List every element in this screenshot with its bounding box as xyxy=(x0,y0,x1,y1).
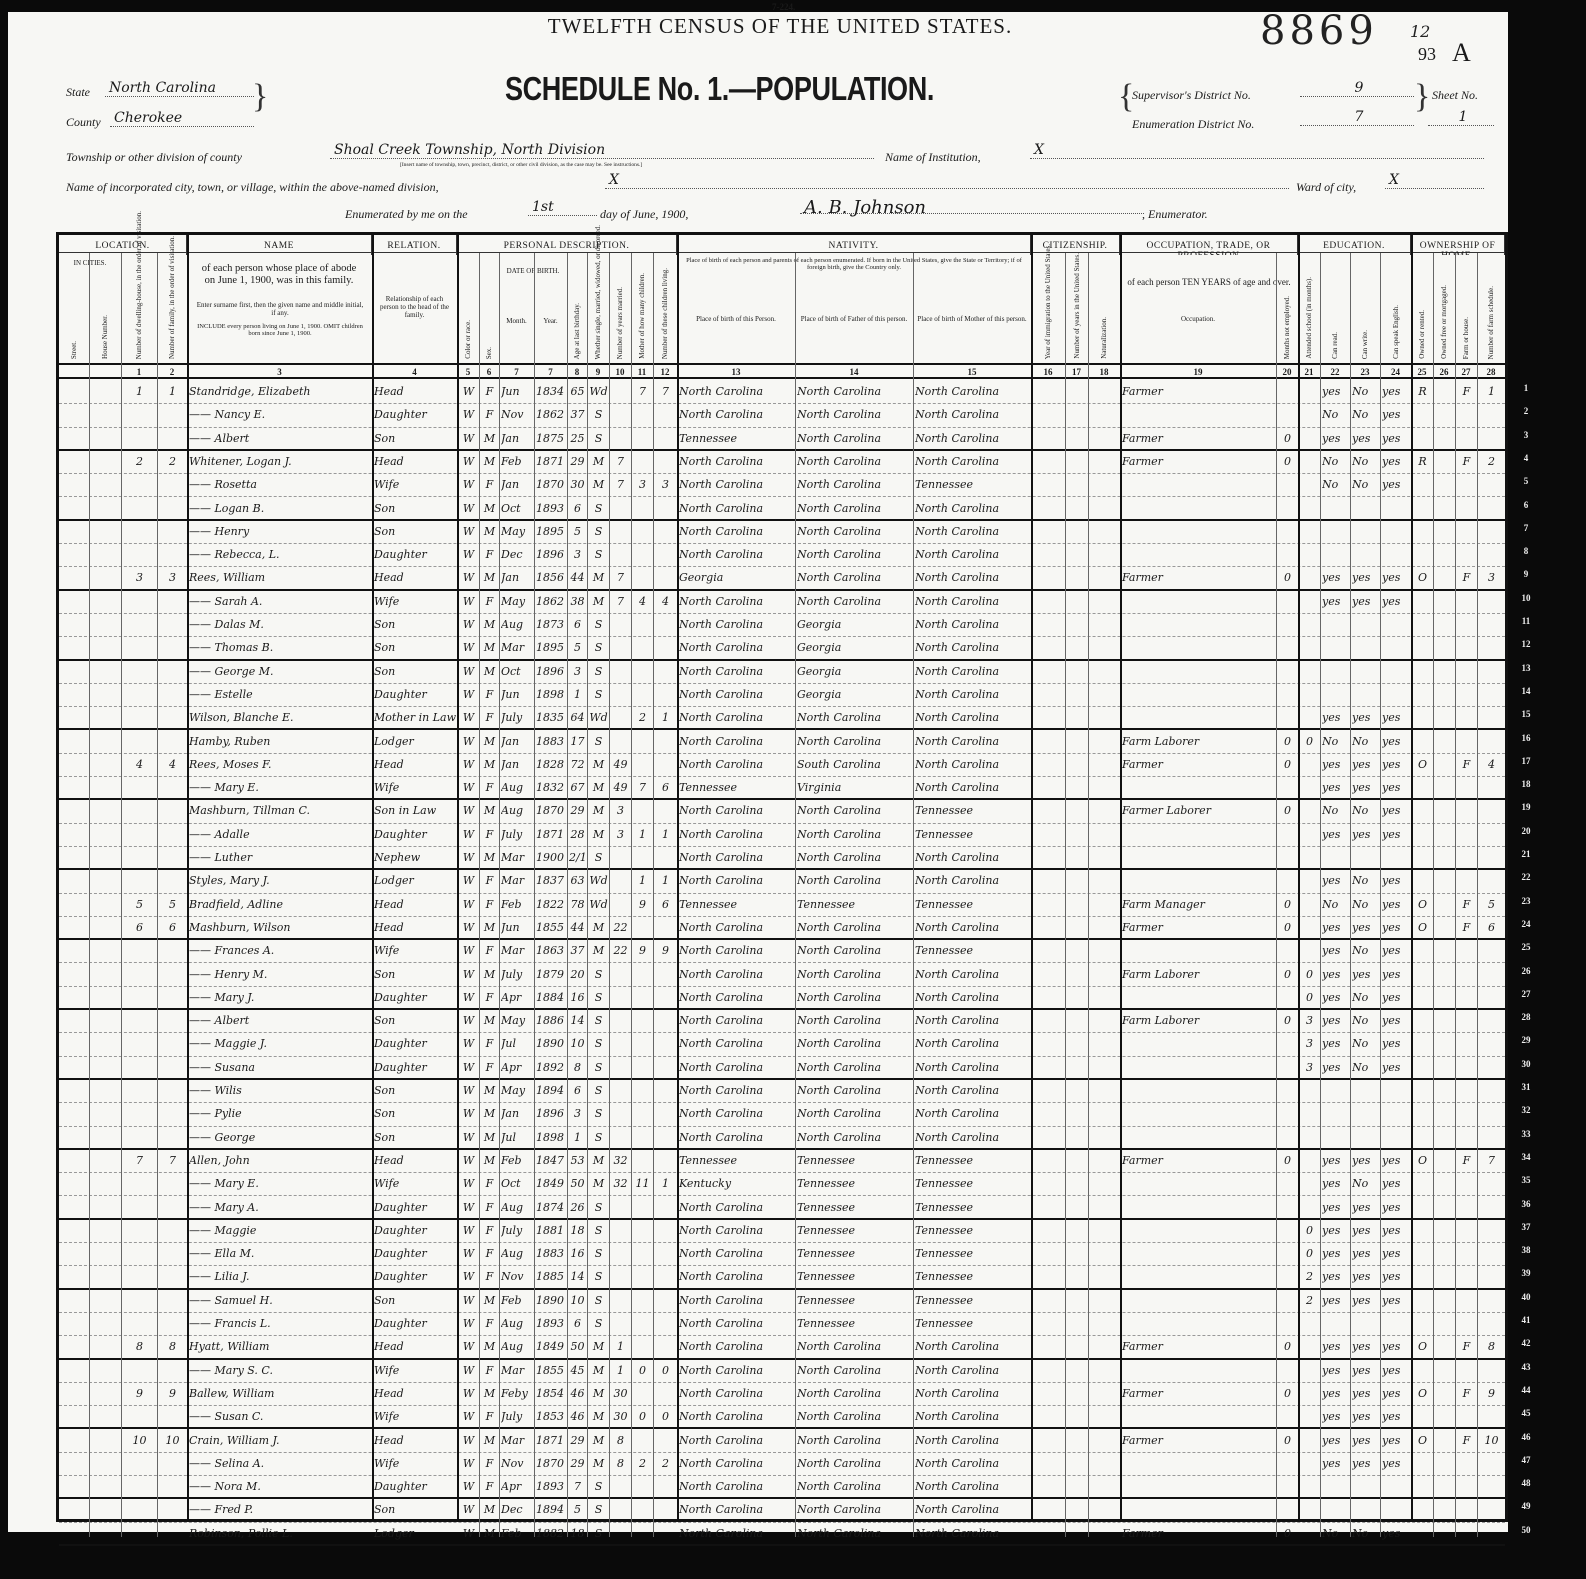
cell-bp: North Carolina xyxy=(679,406,794,424)
table-row[interactable]: —— Mary E.WifeWFAug183267M4976TennesseeV… xyxy=(59,777,1505,800)
cell-name: —— Maggie J. xyxy=(189,1035,371,1053)
cell-write: No xyxy=(1352,942,1379,960)
cell-fbp: North Carolina xyxy=(797,1129,912,1147)
table-row[interactable]: —— Dalas M.SonWMAug18736SNorth CarolinaG… xyxy=(59,614,1505,637)
cell-sex: F xyxy=(481,1175,498,1193)
cell-bp: North Carolina xyxy=(679,1268,794,1286)
line-number: 30 xyxy=(1516,1059,1536,1069)
cell-read: yes xyxy=(1322,1222,1349,1240)
cell-month: Jun xyxy=(501,919,533,937)
cell-read: yes xyxy=(1322,1432,1349,1450)
cell-read: yes xyxy=(1322,1245,1349,1263)
table-row[interactable]: 88Hyatt, WilliamHeadWMAug184950M1North C… xyxy=(59,1336,1505,1359)
cell-cl: 9 xyxy=(655,942,676,960)
cell-bp: North Carolina xyxy=(679,1292,794,1310)
table-row[interactable]: —— EstelleDaughterWFJun18981SNorth Carol… xyxy=(59,684,1505,707)
cell-month: May xyxy=(501,1082,533,1100)
cell-age: 37 xyxy=(569,942,586,960)
cell-bp: Tennessee xyxy=(679,1152,794,1170)
cell-mar: S xyxy=(589,1315,608,1333)
table-row[interactable]: —— AdalleDaughterWFJuly187128M311North C… xyxy=(59,824,1505,847)
table-row[interactable]: —— Frances A.WifeWFMar186337M2299North C… xyxy=(59,940,1505,963)
line-number: 47 xyxy=(1516,1455,1536,1465)
cell-mar: S xyxy=(589,1105,608,1123)
cell-name: —— Ella M. xyxy=(189,1245,371,1263)
cell-mar: S xyxy=(589,430,608,448)
cell-month: Oct xyxy=(501,1175,533,1193)
cell-age: 6 xyxy=(569,616,586,634)
cell-sex: M xyxy=(481,569,498,587)
column-number: 19 xyxy=(1120,363,1276,379)
state-field[interactable]: North Carolina xyxy=(105,80,254,97)
table-row[interactable]: —— Selina A.WifeWFNov187029M822North Car… xyxy=(59,1453,1505,1476)
table-row[interactable]: —— LutherNephewWMMar19002/12SNorth Carol… xyxy=(59,847,1505,870)
cell-bp: North Carolina xyxy=(679,1035,794,1053)
cell-mbp: Tennessee xyxy=(915,896,1030,914)
cell-name: —— Susan C. xyxy=(189,1408,371,1426)
cell-year: 1875 xyxy=(536,430,566,448)
cell-rel: Daughter xyxy=(374,1315,456,1333)
cell-year: 1849 xyxy=(536,1175,566,1193)
column-number: 10 xyxy=(609,363,631,379)
cell-mar: S xyxy=(589,989,608,1007)
table-row[interactable]: 22Whitener, Logan J.HeadWMFeb187129M7Nor… xyxy=(59,451,1505,474)
cell-eng: yes xyxy=(1382,942,1410,960)
table-row[interactable]: 44Rees, Moses F.HeadWMJan182872M49North … xyxy=(59,754,1505,777)
table-row[interactable]: 33Rees, WilliamHeadWMJan185644M7GeorgiaN… xyxy=(59,567,1505,590)
cell-read: yes xyxy=(1322,1035,1349,1053)
cell-color: W xyxy=(459,966,478,984)
table-row[interactable]: —— Sarah A.WifeWFMay186238M744North Caro… xyxy=(59,591,1505,614)
cell-mne: 0 xyxy=(1278,1338,1297,1356)
cell-mc: 0 xyxy=(633,1362,652,1380)
table-row[interactable]: —— Mary E.WifeWFOct184950M32111KentuckyT… xyxy=(59,1173,1505,1196)
line-number: 8 xyxy=(1516,546,1536,556)
cell-sex: F xyxy=(481,989,498,1007)
cell-rel: Daughter xyxy=(374,1478,456,1496)
cell-color: W xyxy=(459,1222,478,1240)
cell-eng: yes xyxy=(1382,430,1410,448)
cell-color: W xyxy=(459,779,478,797)
sheet-field[interactable]: 1 xyxy=(1428,109,1494,126)
cell-mar: S xyxy=(589,1059,608,1077)
cell-bp: North Carolina xyxy=(679,733,794,751)
cell-month: Jun xyxy=(501,686,533,704)
cell-mbp: North Carolina xyxy=(915,1035,1030,1053)
cell-write: yes xyxy=(1352,1432,1379,1450)
cell-rel: Head xyxy=(374,383,456,401)
table-row[interactable]: Hamby, RubenLodgerWMJan188317SNorth Caro… xyxy=(59,731,1505,754)
cell-eng: yes xyxy=(1382,1268,1410,1286)
city-field[interactable]: X xyxy=(605,172,1289,189)
cell-fbp: Georgia xyxy=(797,639,912,657)
stamp-number: 8869 xyxy=(1260,8,1378,54)
cell-year: 1874 xyxy=(536,1199,566,1217)
cell-fam: 9 xyxy=(159,1385,186,1403)
cell-read: yes xyxy=(1322,919,1349,937)
cell-mbp: North Carolina xyxy=(915,500,1030,518)
cell-mbp: Tennessee xyxy=(915,1152,1030,1170)
cell-name: Rees, Moses F. xyxy=(189,756,371,774)
cell-year: 1884 xyxy=(536,989,566,1007)
cell-color: W xyxy=(459,1362,478,1380)
cell-bp: North Carolina xyxy=(679,1338,794,1356)
cell-eng: yes xyxy=(1382,1432,1410,1450)
cell-mar: S xyxy=(589,1525,608,1543)
cell-fbp: Virginia xyxy=(797,779,912,797)
cell-mar: M xyxy=(589,1408,608,1426)
cell-mar: S xyxy=(589,1268,608,1286)
cell-mbp: North Carolina xyxy=(915,1478,1030,1496)
cell-color: W xyxy=(459,1175,478,1193)
township-field[interactable]: Shoal Creek Township, North Division xyxy=(330,142,874,159)
cell-name: —— Nora M. xyxy=(189,1478,371,1496)
cell-rel: Head xyxy=(374,1432,456,1450)
enumerated-suffix: day of June, 1900, xyxy=(600,207,688,222)
cell-occ: Farmer xyxy=(1122,1525,1275,1543)
cell-year: 1893 xyxy=(536,500,566,518)
column-label: Owned or rented. xyxy=(1411,259,1433,359)
cell-read: No xyxy=(1322,733,1349,751)
table-row[interactable]: Wilson, Blanche E.Mother in LawWFJuly183… xyxy=(59,707,1505,730)
township-label: Township or other division of county xyxy=(66,150,242,165)
cell-age: 63 xyxy=(569,872,586,890)
cell-sex: F xyxy=(481,1315,498,1333)
cell-mar: M xyxy=(589,593,608,611)
cell-month: May xyxy=(501,593,533,611)
column-number: 6 xyxy=(479,363,499,379)
table-row[interactable]: 11Standridge, ElizabethHeadWFJun183465Wd… xyxy=(59,381,1505,404)
column-divider xyxy=(609,253,610,1537)
cell-rel: Lodger xyxy=(374,733,456,751)
cell-dw: 2 xyxy=(123,453,156,471)
table-row[interactable]: —— WilisSonWMMay18946SNorth CarolinaNort… xyxy=(59,1080,1505,1103)
cell-color: W xyxy=(459,1525,478,1543)
cell-name: —— George xyxy=(189,1129,371,1147)
cell-mar: S xyxy=(589,686,608,704)
cell-fbp: North Carolina xyxy=(797,849,912,867)
cell-mbp: North Carolina xyxy=(915,1501,1030,1519)
enumerated-day[interactable]: 1st xyxy=(528,199,597,216)
ward-field[interactable]: X xyxy=(1385,172,1484,189)
cell-read: No xyxy=(1322,406,1349,424)
cell-sex: M xyxy=(481,523,498,541)
cell-rel: Head xyxy=(374,569,456,587)
cell-mne: 0 xyxy=(1278,802,1297,820)
table-row[interactable]: —— Nora M.DaughterWFApr18937SNorth Carol… xyxy=(59,1476,1505,1499)
cell-year: 1890 xyxy=(536,1292,566,1310)
cell-sched: 8 xyxy=(1479,1338,1504,1356)
cell-bp: North Carolina xyxy=(679,1455,794,1473)
supervisor-field[interactable]: 9 xyxy=(1300,80,1414,97)
cell-name: —— Mary E. xyxy=(189,779,371,797)
column-number: 15 xyxy=(913,363,1031,379)
cell-write: yes xyxy=(1352,1292,1379,1310)
table-row[interactable]: —— Mary S. C.WifeWFMar185545M100North Ca… xyxy=(59,1360,1505,1383)
cell-fbp: North Carolina xyxy=(797,453,912,471)
institution-field[interactable]: X xyxy=(1030,142,1484,159)
cell-age: 67 xyxy=(569,779,586,797)
cell-sex: M xyxy=(481,1129,498,1147)
cell-bp: North Carolina xyxy=(679,500,794,518)
cell-fbp: North Carolina xyxy=(797,1478,912,1496)
cell-occ: Farmer xyxy=(1122,756,1275,774)
column-label: Month. xyxy=(501,317,532,325)
cell-month: Aug xyxy=(501,1315,533,1333)
table-row[interactable]: —— AlbertSonWMMay188614SNorth CarolinaNo… xyxy=(59,1010,1505,1033)
cell-bp: North Carolina xyxy=(679,523,794,541)
cell-age: 50 xyxy=(569,1175,586,1193)
table-row[interactable]: —— Logan B.SonWMOct18936SNorth CarolinaN… xyxy=(59,498,1505,521)
enumerator-name[interactable]: A. B. Johnson xyxy=(800,197,1144,214)
cell-cl: 0 xyxy=(655,1408,676,1426)
cell-fbp: Tennessee xyxy=(797,1292,912,1310)
cell-year: 1893 xyxy=(536,1478,566,1496)
cell-year: 1828 xyxy=(536,756,566,774)
table-row[interactable]: —— GeorgeSonWMJul18981SNorth CarolinaNor… xyxy=(59,1127,1505,1150)
cell-name: —— Wilis xyxy=(189,1082,371,1100)
cell-mar: S xyxy=(589,663,608,681)
column-number: 9 xyxy=(587,363,609,379)
line-number: 43 xyxy=(1516,1362,1536,1372)
cell-sched: 4 xyxy=(1479,756,1504,774)
cell-month: July xyxy=(501,826,533,844)
column-label: Number of years married. xyxy=(609,259,631,359)
cell-name: —— Rebecca, L. xyxy=(189,546,371,564)
cell-color: W xyxy=(459,500,478,518)
cell-mbp: North Carolina xyxy=(915,569,1030,587)
cell-bp: North Carolina xyxy=(679,663,794,681)
cell-mne: 0 xyxy=(1278,1385,1297,1403)
table-row[interactable]: —— Thomas B.SonWMMar18955SNorth Carolina… xyxy=(59,637,1505,660)
cell-mar: M xyxy=(589,826,608,844)
cell-fbp: North Carolina xyxy=(797,826,912,844)
cell-mar: M xyxy=(589,1455,608,1473)
column-divider xyxy=(1477,253,1478,1537)
table-row[interactable]: 1010Crain, William J.HeadWMMar187129M8No… xyxy=(59,1430,1505,1453)
cell-write: yes xyxy=(1352,1455,1379,1473)
cell-year: 1834 xyxy=(536,383,566,401)
cell-name: —— Adalle xyxy=(189,826,371,844)
column-label: Can speak English. xyxy=(1380,259,1411,359)
cell-eng: yes xyxy=(1382,733,1410,751)
cell-color: W xyxy=(459,896,478,914)
cell-eng: yes xyxy=(1382,1222,1410,1240)
cell-read: yes xyxy=(1322,569,1349,587)
cell-color: W xyxy=(459,756,478,774)
table-row[interactable]: —— Ella M.DaughterWFAug188316SNorth Caro… xyxy=(59,1243,1505,1266)
table-row[interactable]: Robinson, Pollie L.LodgerWMFeb188218SNor… xyxy=(59,1523,1505,1546)
column-divider xyxy=(479,253,480,1537)
cell-mar: S xyxy=(589,1478,608,1496)
cell-rel: Lodger xyxy=(374,1525,456,1543)
cell-read: No xyxy=(1322,476,1349,494)
cell-sex: M xyxy=(481,802,498,820)
cell-eng: yes xyxy=(1382,989,1410,1007)
table-row[interactable]: —— Fred P.SonWMDec18945SNorth CarolinaNo… xyxy=(59,1499,1505,1522)
cell-bp: North Carolina xyxy=(679,1082,794,1100)
column-divider xyxy=(1120,235,1122,1519)
cell-rel: Son xyxy=(374,663,456,681)
cell-read: yes xyxy=(1322,756,1349,774)
cell-sex: M xyxy=(481,849,498,867)
cell-rel: Wife xyxy=(374,779,456,797)
cell-mbp: North Carolina xyxy=(915,1525,1030,1543)
cell-color: W xyxy=(459,709,478,727)
cell-year: 1885 xyxy=(536,1268,566,1286)
table-row[interactable]: —— Maggie J.DaughterWFJul189010SNorth Ca… xyxy=(59,1033,1505,1056)
cell-month: Mar xyxy=(501,639,533,657)
cell-mbp: Tennessee xyxy=(915,1268,1030,1286)
cell-occ: Farmer xyxy=(1122,453,1275,471)
cell-name: —— Luther xyxy=(189,849,371,867)
name-instruction: Enter surname first, then the given name… xyxy=(195,301,365,317)
cell-fbp: Georgia xyxy=(797,663,912,681)
cell-sex: M xyxy=(481,1525,498,1543)
cell-fbp: North Carolina xyxy=(797,593,912,611)
cell-age: 37 xyxy=(569,406,586,424)
cell-fam: 1 xyxy=(159,383,186,401)
table-row[interactable]: 99Ballew, WilliamHeadWMFeby185446M30Nort… xyxy=(59,1383,1505,1406)
column-label: Whether single, married, widowed, or div… xyxy=(587,259,609,359)
cell-color: W xyxy=(459,1105,478,1123)
line-number: 4 xyxy=(1516,453,1536,463)
table-row[interactable]: 66Mashburn, WilsonHeadWMJun185544M22Nort… xyxy=(59,917,1505,940)
cell-ym: 22 xyxy=(611,919,630,937)
cell-write: No xyxy=(1352,453,1379,471)
table-row[interactable]: —— George M.SonWMOct18963SNorth Carolina… xyxy=(59,661,1505,684)
table-row[interactable]: —— PylieSonWMJan18963SNorth CarolinaNort… xyxy=(59,1103,1505,1126)
cell-year: 1898 xyxy=(536,686,566,704)
line-number: 3 xyxy=(1516,430,1536,440)
cell-fbp: North Carolina xyxy=(797,569,912,587)
column-number: 18 xyxy=(1088,363,1120,379)
cell-age: 18 xyxy=(569,1525,586,1543)
cell-fam: 8 xyxy=(159,1338,186,1356)
cell-sex: F xyxy=(481,1408,498,1426)
cell-mar: S xyxy=(589,1082,608,1100)
table-row[interactable]: —— SusanaDaughterWFApr18928SNorth Caroli… xyxy=(59,1057,1505,1080)
line-number: 39 xyxy=(1516,1268,1536,1278)
cell-age: 6 xyxy=(569,500,586,518)
line-number: 9 xyxy=(1516,569,1536,579)
cell-age: 29 xyxy=(569,1455,586,1473)
county-field[interactable]: Cherokee xyxy=(110,110,254,127)
cell-cl: 3 xyxy=(655,476,676,494)
cell-bp: North Carolina xyxy=(679,1315,794,1333)
cell-fbp: Georgia xyxy=(797,686,912,704)
ward-label: Ward of city, xyxy=(1296,180,1356,195)
cell-bp: North Carolina xyxy=(679,1408,794,1426)
cell-mar: M xyxy=(589,1152,608,1170)
cell-school: 2 xyxy=(1300,1268,1319,1286)
table-row[interactable]: —— HenrySonWMMay18955SNorth CarolinaNort… xyxy=(59,521,1505,544)
cell-mne: 0 xyxy=(1278,453,1297,471)
cell-mar: S xyxy=(589,1501,608,1519)
cell-mbp: North Carolina xyxy=(915,523,1030,541)
cell-sched: 2 xyxy=(1479,453,1504,471)
cell-mbp: North Carolina xyxy=(915,1105,1030,1123)
cell-ym: 32 xyxy=(611,1152,630,1170)
cell-read: No xyxy=(1322,1525,1349,1543)
enum-district-field[interactable]: 7 xyxy=(1300,109,1414,126)
cell-write: No xyxy=(1352,802,1379,820)
cell-mbp: North Carolina xyxy=(915,966,1030,984)
table-row[interactable]: —— Rebecca, L.DaughterWFDec18963SNorth C… xyxy=(59,544,1505,567)
column-label: Age at last birthday. xyxy=(567,259,587,359)
cell-bp: North Carolina xyxy=(679,1362,794,1380)
cell-mar: M xyxy=(589,919,608,937)
table-row[interactable]: Styles, Mary J.LodgerWFMar183763Wd11Nort… xyxy=(59,870,1505,893)
table-row[interactable]: Mashburn, Tillman C.Son in LawWMAug18702… xyxy=(59,800,1505,823)
cell-cl: 0 xyxy=(655,1362,676,1380)
column-divider xyxy=(653,253,654,1537)
cell-mc: 2 xyxy=(633,1455,652,1473)
table-row[interactable]: —— Henry M.SonWMJuly187920SNorth Carolin… xyxy=(59,964,1505,987)
cell-fbp: North Carolina xyxy=(797,919,912,937)
table-row[interactable]: —— Lilia J.DaughterWFNov188514SNorth Car… xyxy=(59,1266,1505,1289)
table-row[interactable]: —— RosettaWifeWFJan187030M733North Carol… xyxy=(59,474,1505,497)
table-row[interactable]: —— Mary J.DaughterWFApr188416SNorth Caro… xyxy=(59,987,1505,1010)
cell-name: Rees, William xyxy=(189,569,371,587)
cell-rel: Head xyxy=(374,1152,456,1170)
cell-age: 5 xyxy=(569,639,586,657)
table-row[interactable]: —— Francis L.DaughterWFAug18936SNorth Ca… xyxy=(59,1313,1505,1336)
cell-occ: Farmer xyxy=(1122,569,1275,587)
table-row[interactable]: —— AlbertSonWMJan187525STennesseeNorth C… xyxy=(59,428,1505,451)
cell-name: —— Albert xyxy=(189,1012,371,1030)
line-number: 24 xyxy=(1516,919,1536,929)
table-row[interactable]: —— MaggieDaughterWFJuly188118SNorth Caro… xyxy=(59,1220,1505,1243)
table-row[interactable]: —— Mary A.DaughterWFAug187426SNorth Caro… xyxy=(59,1197,1505,1220)
cell-fam: 4 xyxy=(159,756,186,774)
cell-rel: Son in Law xyxy=(374,802,456,820)
table-row[interactable]: —— Samuel H.SonWMFeb189010SNorth Carolin… xyxy=(59,1290,1505,1313)
column-divider xyxy=(1455,253,1456,1537)
cell-year: 1835 xyxy=(536,709,566,727)
cell-rel: Daughter xyxy=(374,686,456,704)
cell-write: yes xyxy=(1352,756,1379,774)
cell-name: Robinson, Pollie L. xyxy=(189,1525,371,1543)
nativity-description: Place of birth of each person and parent… xyxy=(684,257,1024,272)
cell-dw: 3 xyxy=(123,569,156,587)
table-row[interactable]: —— Susan C.WifeWFJuly185346M3000North Ca… xyxy=(59,1406,1505,1429)
cell-mar: S xyxy=(589,966,608,984)
table-row[interactable]: —— Nancy E.DaughterWFNov186237SNorth Car… xyxy=(59,404,1505,427)
cell-year: 1855 xyxy=(536,919,566,937)
cell-name: —— Albert xyxy=(189,430,371,448)
cell-fbp: Tennessee xyxy=(797,896,912,914)
table-row[interactable]: 55Bradfield, AdlineHeadWFFeb182278Wd96Te… xyxy=(59,894,1505,917)
column-number: 12 xyxy=(653,363,677,379)
cell-mbp: North Carolina xyxy=(915,406,1030,424)
cell-school: 3 xyxy=(1300,1059,1319,1077)
cell-year: 1893 xyxy=(536,1315,566,1333)
cell-fbp: North Carolina xyxy=(797,1012,912,1030)
occupation-description: of each person TEN YEARS of age and over… xyxy=(1125,277,1293,287)
cell-mar: S xyxy=(589,1035,608,1053)
cell-month: Feb xyxy=(501,896,533,914)
cell-sex: M xyxy=(481,1012,498,1030)
cell-sex: M xyxy=(481,1338,498,1356)
section-header-nativity: NATIVITY. xyxy=(677,235,1031,255)
cell-mar: M xyxy=(589,802,608,820)
cell-month: Oct xyxy=(501,663,533,681)
cell-mne: 0 xyxy=(1278,896,1297,914)
cell-color: W xyxy=(459,919,478,937)
table-row[interactable]: 77Allen, JohnHeadWMFeb184753M32Tennessee… xyxy=(59,1150,1505,1173)
cell-ym: 49 xyxy=(611,779,630,797)
